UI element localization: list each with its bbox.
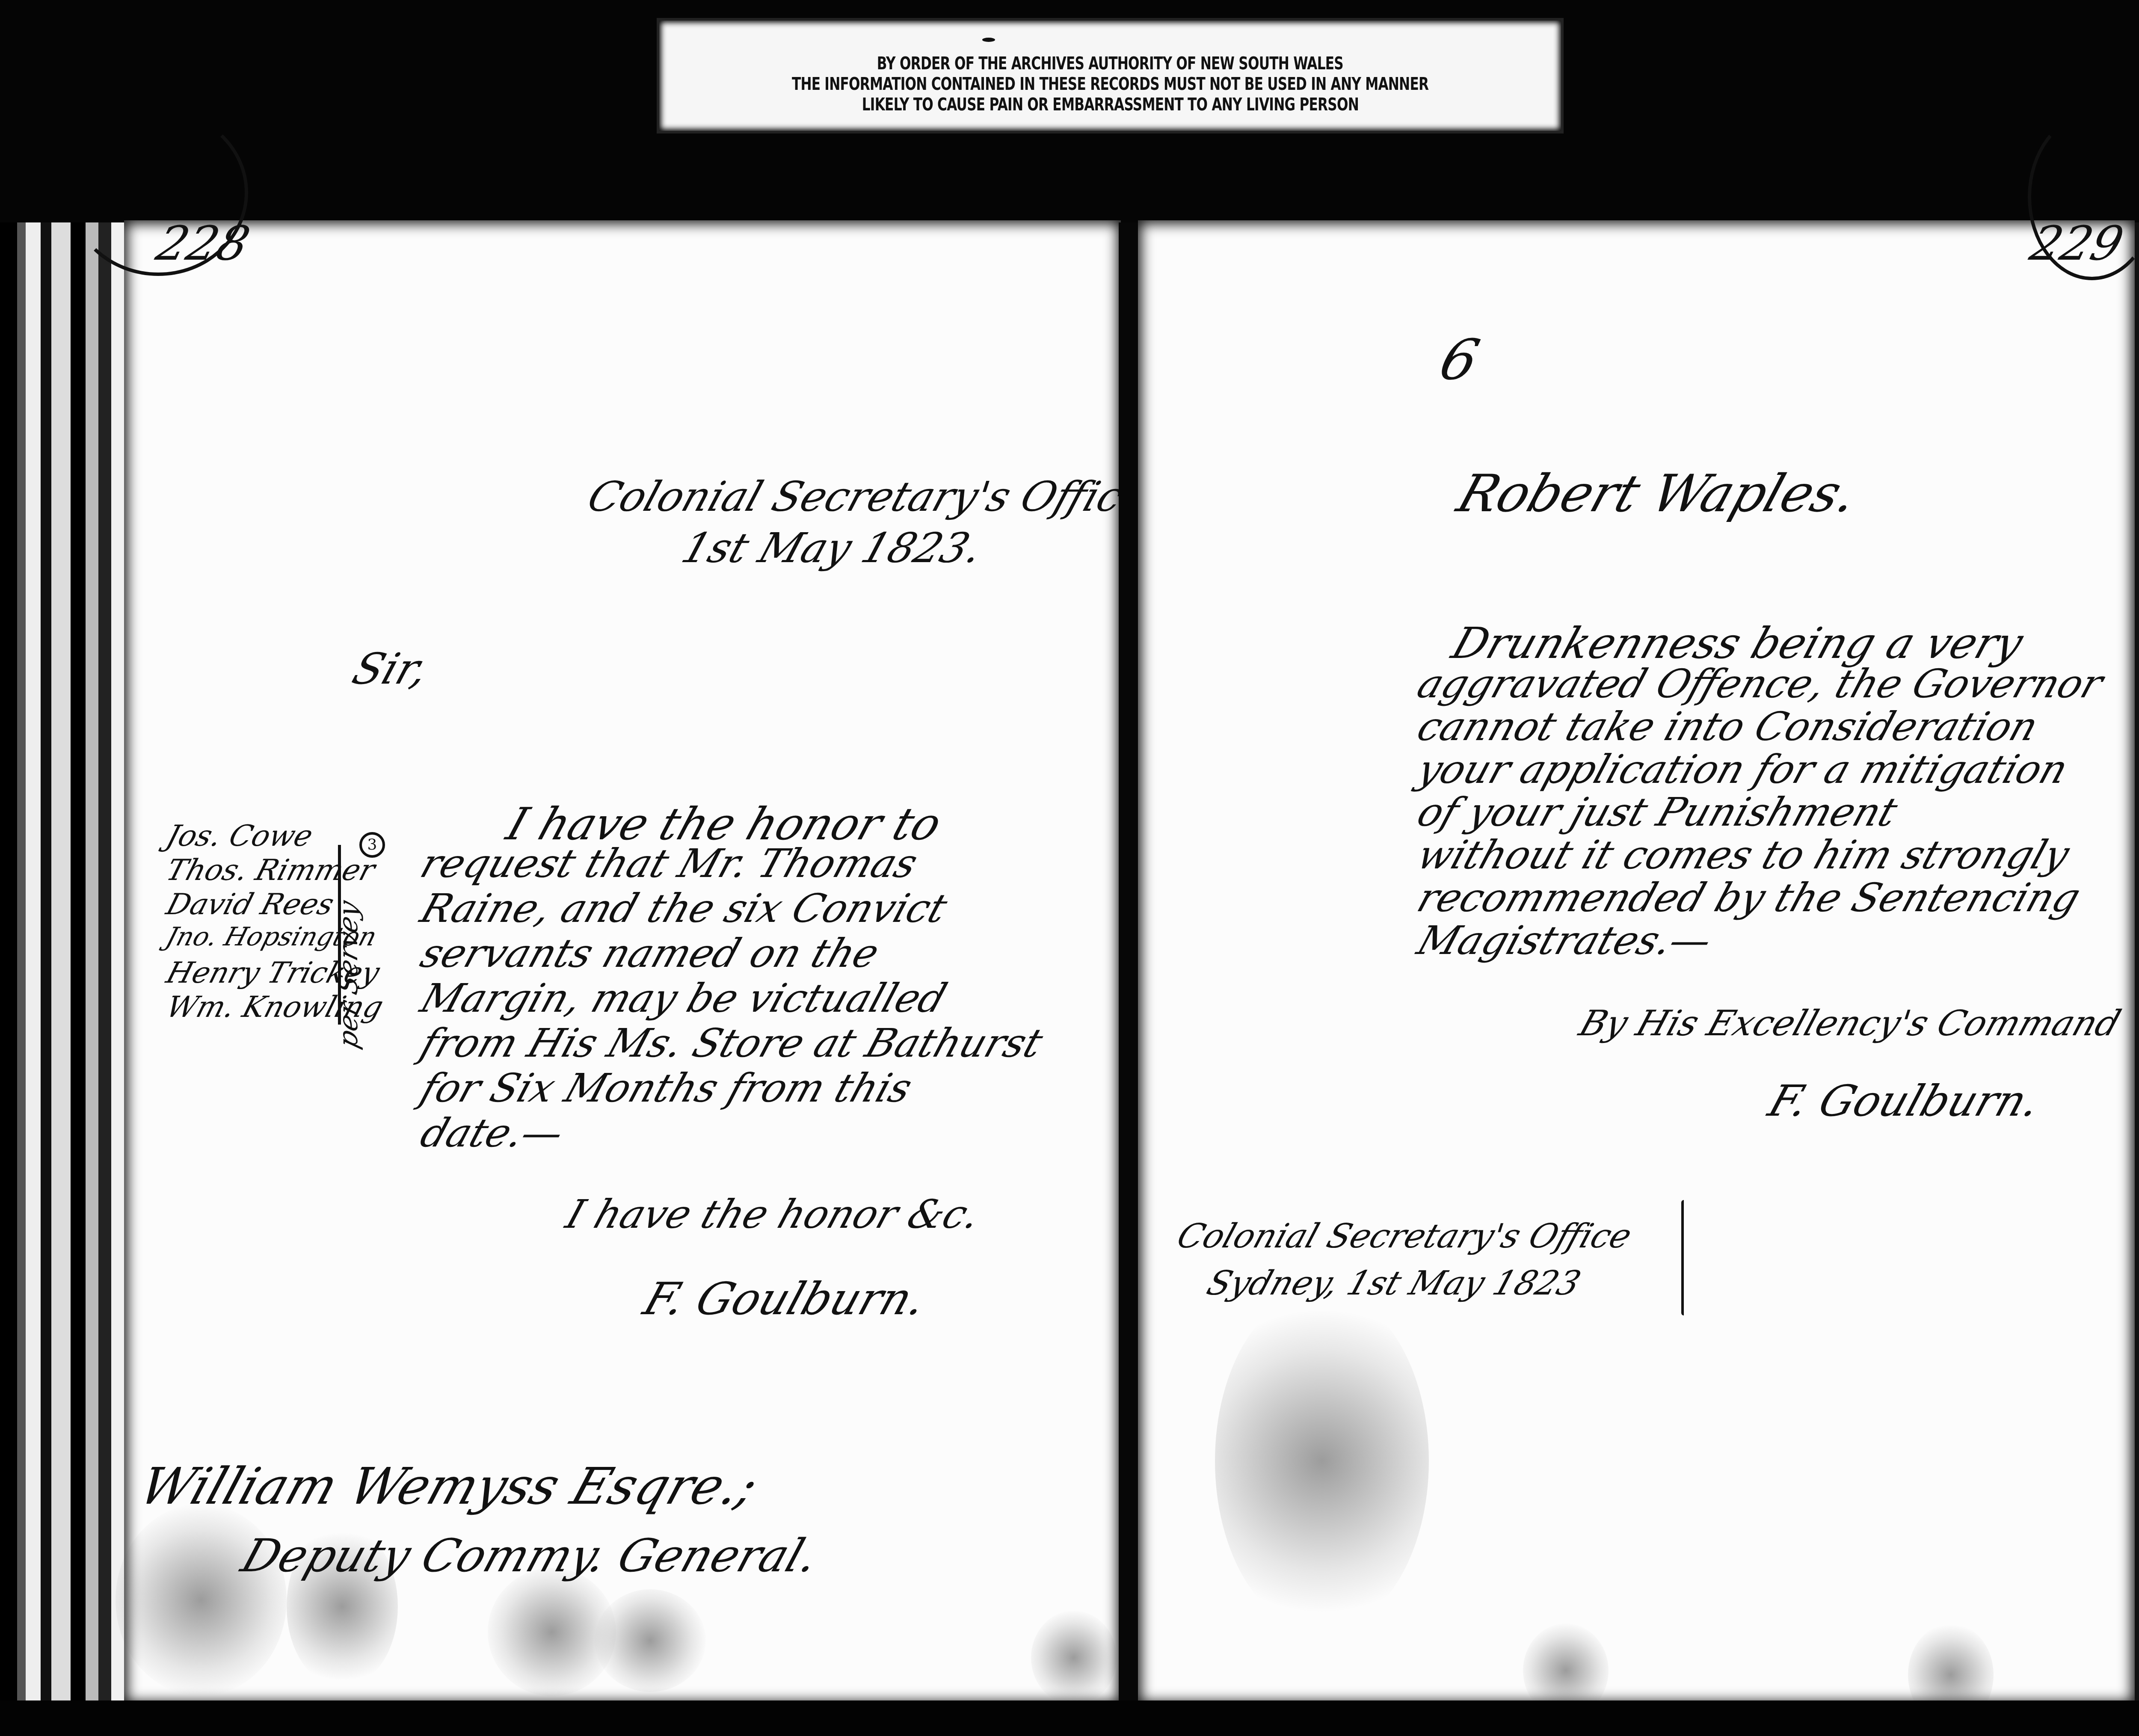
closing-line: I have the honor &c. (560, 1191, 986, 1237)
scan-bottom-border (0, 1700, 2139, 1736)
dateline-brace (1681, 1200, 1684, 1315)
notice-line-2: THE INFORMATION CONTAINED IN THESE RECOR… (792, 74, 1428, 95)
letter-heading-date: 1st May 1823. (676, 524, 989, 572)
dateline-office: Colonial Secretary's Office (1172, 1217, 1636, 1256)
authority-line: By His Excellency's Command (1574, 1003, 2126, 1044)
body-line: your application for a mitigation (1412, 747, 2074, 792)
recipient-name: Robert Waples. (1450, 464, 1865, 524)
margin-name: David Rees (163, 888, 338, 921)
body-line: cannot take into Consideration (1412, 704, 2044, 750)
body-line: servants named on the (415, 930, 885, 976)
scanned-ledger-image: 228 Colonial Secretary's Office 1st May … (0, 0, 2139, 1736)
dateline-place-date: Sydney, 1st May 1823 (1202, 1264, 1585, 1303)
ink-stain (1031, 1611, 1117, 1705)
body-line: without it comes to him strongly (1412, 832, 2075, 878)
ink-stain (595, 1589, 706, 1692)
margin-name: Jos. Cowe (163, 819, 317, 853)
addressee-title: Deputy Commy. General. (235, 1529, 825, 1582)
body-line: date.— (415, 1110, 569, 1156)
margin-note-per-servey: per Servey (332, 897, 364, 1052)
body-line: for Six Months from this (415, 1065, 918, 1111)
ledger-page-edges-left (0, 222, 141, 1736)
notice-line-3: LIKELY TO CAUSE PAIN OR EMBARRASSMENT TO… (862, 95, 1358, 115)
addressee-name: William Wemyss Esqre.; (133, 1457, 765, 1516)
salutation: Sir, (347, 644, 435, 694)
book-spine-gutter (1119, 222, 1139, 1711)
body-line: Magistrates.— (1412, 918, 1718, 963)
body-line: of your just Punishment (1412, 789, 1903, 835)
notice-line-1: BY ORDER OF THE ARCHIVES AUTHORITY OF NE… (877, 53, 1343, 74)
body-line: Raine, and the six Convict (415, 886, 953, 931)
margin-name: Thos. Rimmer (163, 853, 379, 887)
left-page: 228 Colonial Secretary's Office 1st May … (124, 220, 1121, 1705)
folio-number: 228 (151, 216, 255, 271)
signature: F. Goulburn. (637, 1273, 933, 1325)
ink-stain (1215, 1290, 1429, 1632)
body-line: aggravated Offence, the Governor (1412, 661, 2109, 707)
right-page: 229 6 Robert Waples. Drunkenness being a… (1138, 220, 2135, 1705)
margin-number-mark: 3 (359, 832, 385, 858)
body-line: from His Ms. Store at Bathurst (415, 1020, 1049, 1066)
folio-number: 229 (2025, 216, 2129, 271)
notice-mark (982, 38, 995, 42)
signature: F. Goulburn. (1763, 1076, 2047, 1126)
body-line: request that Mr. Thomas (415, 841, 923, 886)
entry-number-mark: 6 (1433, 327, 1486, 392)
body-line: Margin, may be victualled (415, 975, 952, 1021)
letter-heading-office: Colonial Secretary's Office (582, 473, 1153, 521)
body-line: recommended by the Sentencing (1412, 875, 2086, 921)
archives-notice-label: BY ORDER OF THE ARCHIVES AUTHORITY OF NE… (657, 18, 1564, 133)
